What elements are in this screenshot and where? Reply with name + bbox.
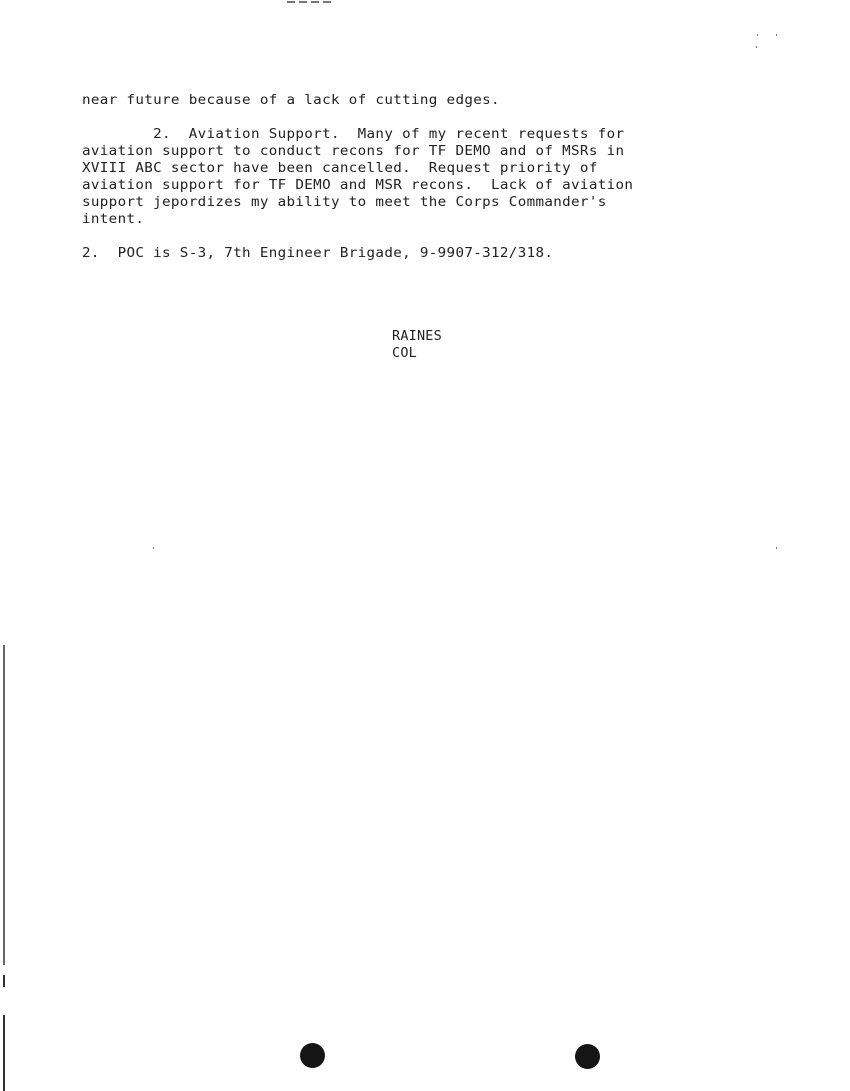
paragraph-line: aviation support for TF DEMO and MSR rec… [82, 178, 633, 194]
paragraph-line: intent. [82, 212, 144, 228]
punch-hole-left [300, 1043, 325, 1068]
signature-name: RAINES [392, 328, 442, 345]
paragraph-poc: 2. POC is S-3, 7th Engineer Brigade, 9-9… [82, 246, 553, 262]
scanned-document-page: near future because of a lack of cutting… [0, 0, 850, 1091]
scan-speck [776, 34, 777, 36]
paragraph-line: aviation support to conduct recons for T… [82, 144, 624, 160]
scan-speck [757, 34, 758, 36]
punch-hole-right [575, 1044, 600, 1069]
paragraph-line: 2. Aviation Support. Many of my recent r… [82, 127, 624, 143]
scan-speck [153, 547, 154, 549]
scan-edge-line [3, 645, 5, 965]
continuation-line: near future because of a lack of cutting… [82, 93, 500, 109]
paragraph-line: XVIII ABC sector have been cancelled. Re… [82, 161, 598, 177]
scan-artifact-top [287, 1, 331, 3]
signature-rank: COL [392, 345, 417, 362]
scan-edge-line [3, 1015, 5, 1091]
paragraph-line: support jepordizes my ability to meet th… [82, 195, 607, 211]
scan-edge-line [3, 975, 5, 987]
scan-speck [776, 547, 777, 549]
scan-speck [756, 46, 757, 48]
